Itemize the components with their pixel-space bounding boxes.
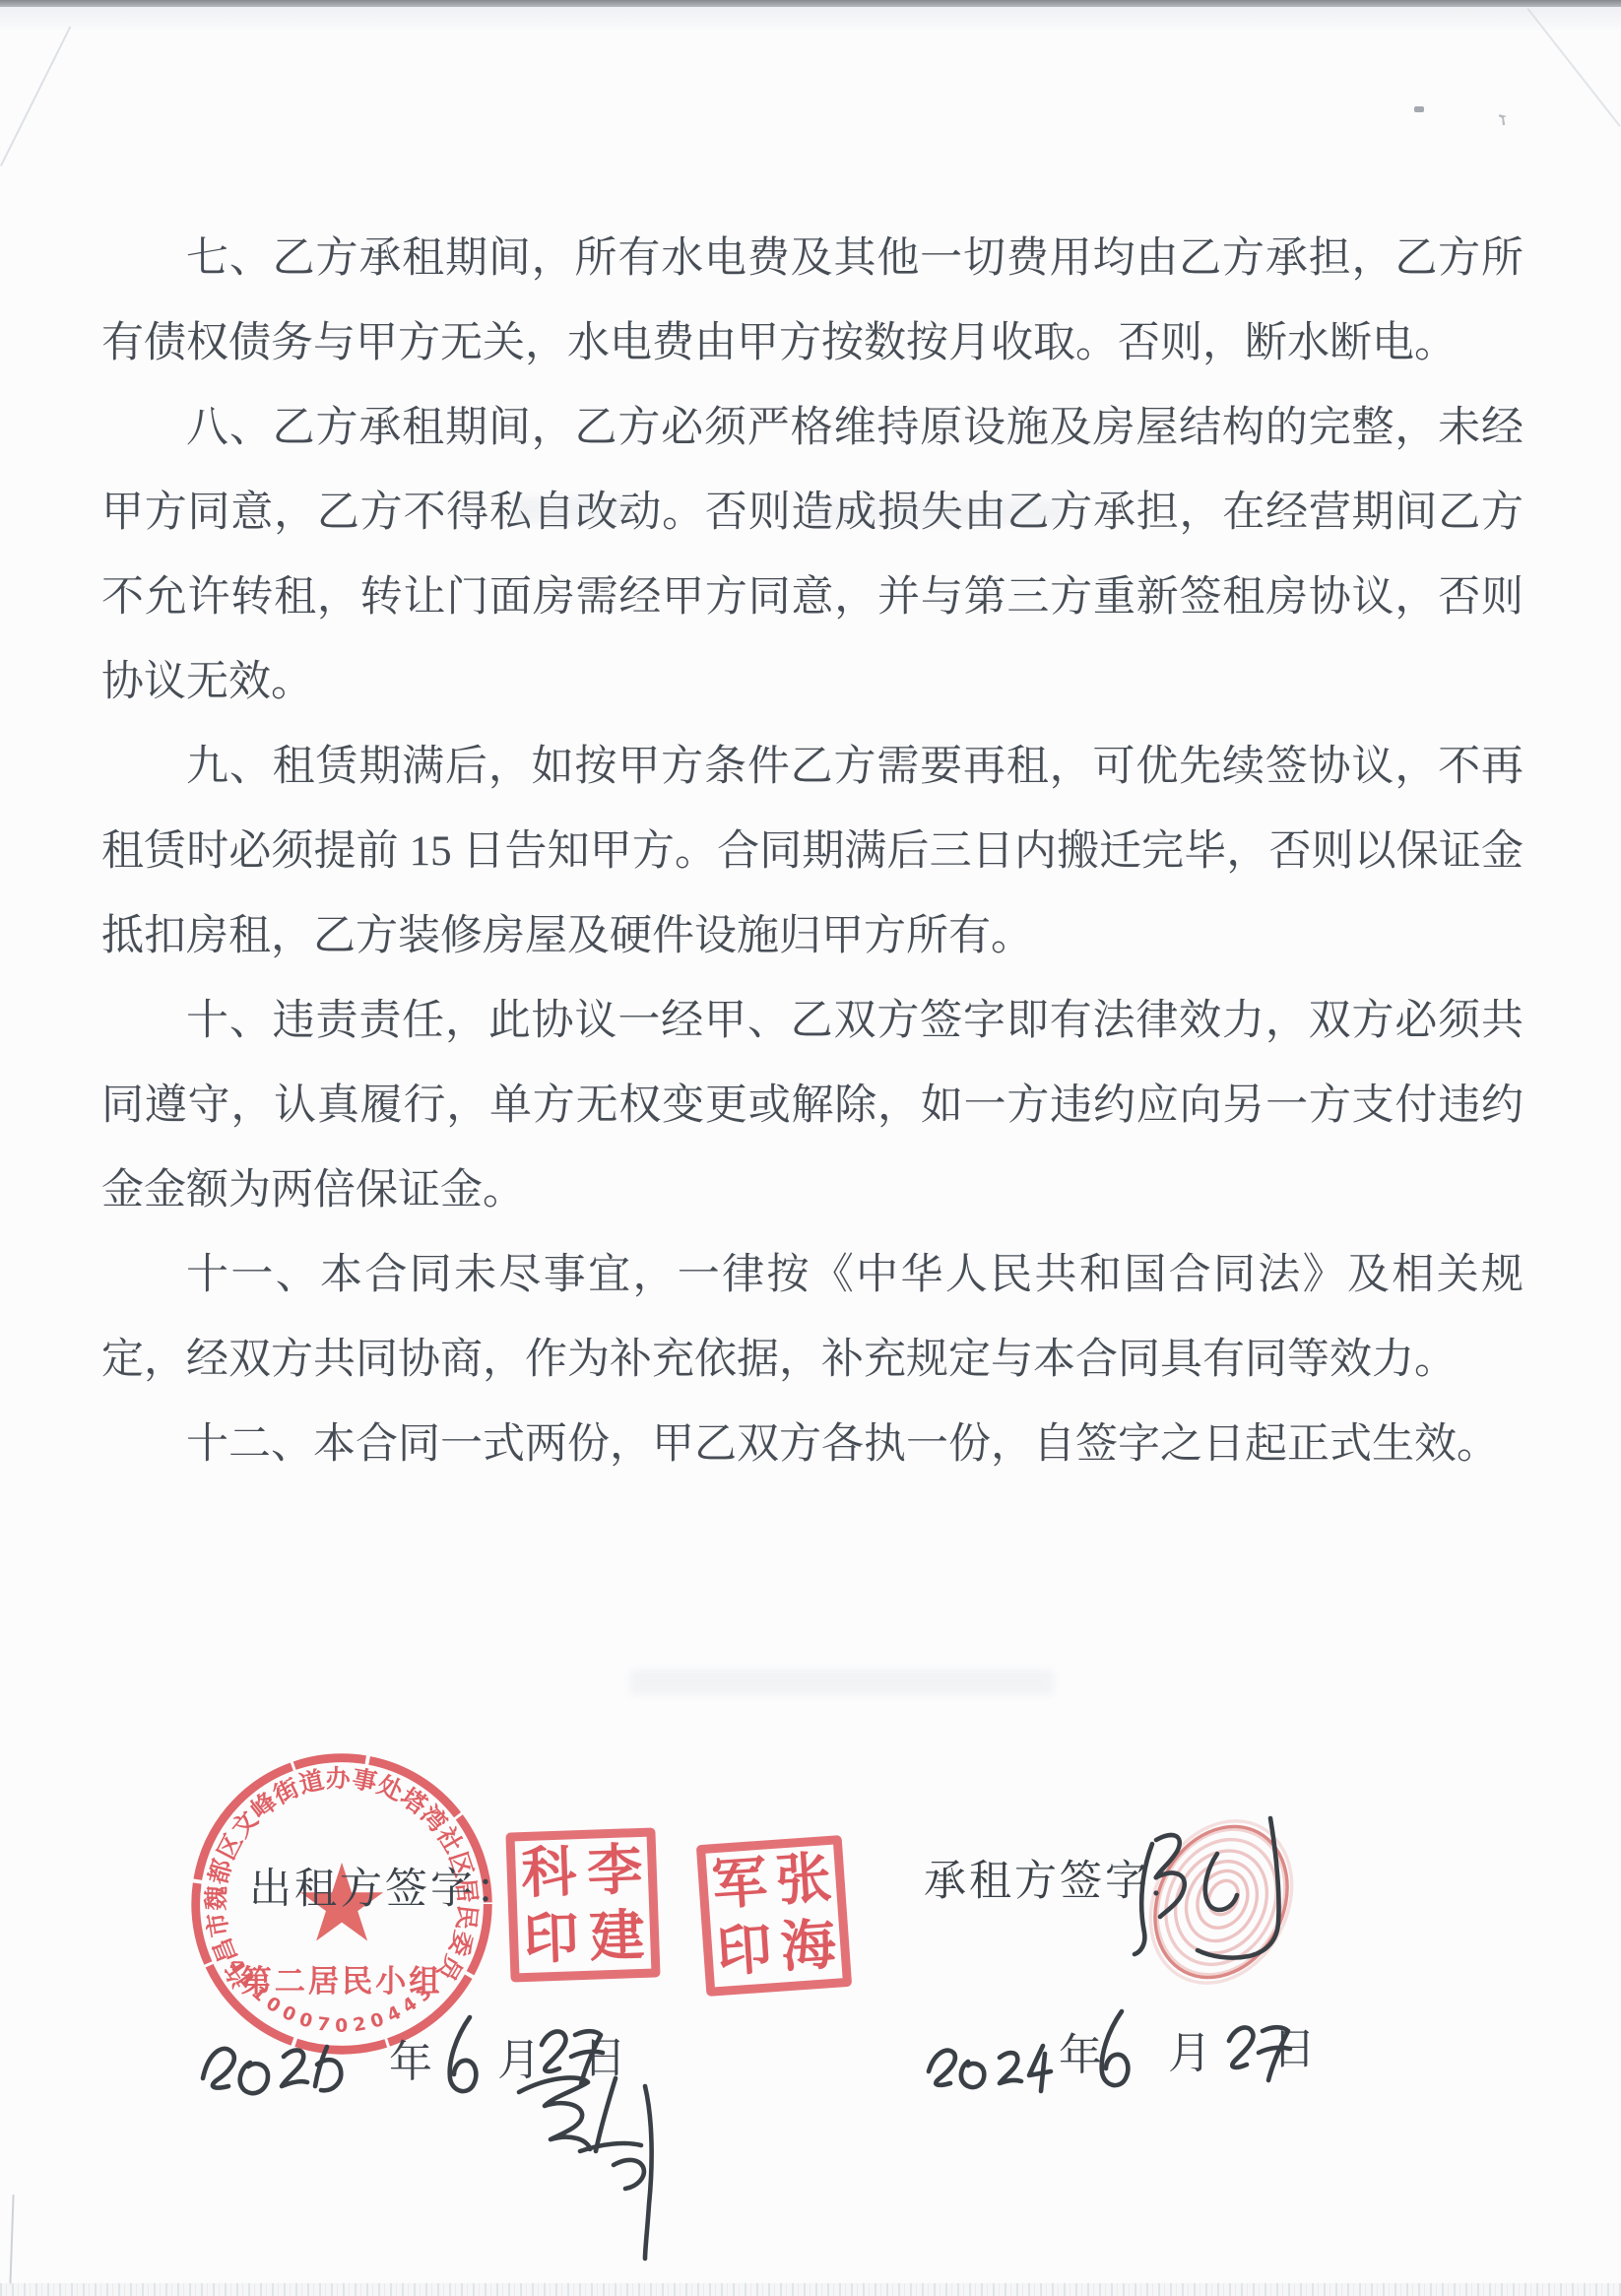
lessor-date-year-unit: 年 (389, 2026, 432, 2089)
lessee-month-handwriting (1092, 2003, 1136, 2097)
seal-char: 印 (517, 1905, 585, 1973)
seal-char: 科 (515, 1839, 583, 1907)
seal-char: 海 (774, 1911, 843, 1982)
lessee-day-handwriting (1219, 2007, 1303, 2091)
clause-9: 九、租赁期满后，如按甲方条件乙方需要再租，可优先续签协议，不再租赁时必须提前 1… (101, 725, 1524, 979)
clause-8: 八、乙方承租期间，乙方必须严格维持原设施及房屋结构的完整，未经甲方同意，乙方不得… (101, 386, 1524, 725)
lessee-date-month-unit: 月 (1168, 2017, 1211, 2080)
seal-char: 李 (581, 1837, 649, 1905)
scanned-contract-page: { "doc": { "paragraphs": [ "七、乙方承租期间，所有水… (0, 0, 1621, 2296)
ink-ghost-mark (630, 1670, 1054, 1695)
lessee-signature-handwriting (1123, 1806, 1329, 1984)
contract-body: 七、乙方承租期间，所有水电费及其他一切费用均由乙方承担，乙方所有债权债务与甲方无… (101, 217, 1524, 1487)
page-corner-crease-left (0, 27, 71, 166)
scanner-bottom-edge (0, 2283, 1621, 2296)
scanner-top-edge (0, 0, 1621, 7)
lessor-signature-handwriting (497, 2057, 694, 2263)
clause-7: 七、乙方承租期间，所有水电费及其他一切费用均由乙方承担，乙方所有债权债务与甲方无… (101, 217, 1524, 386)
scan-speck (1499, 114, 1507, 125)
lessor-month-handwriting (440, 2009, 485, 2103)
lessee-year-handwriting (921, 2024, 1054, 2098)
clause-11: 十一、本合同未尽事宜，一律按《中华人民共和国合同法》及相关规定，经双方共同协商，… (101, 1233, 1524, 1403)
seal-char: 印 (710, 1916, 779, 1987)
clause-12: 十二、本合同一式两份，甲乙双方各执一份，自签字之日起正式生效。 (101, 1403, 1524, 1487)
page-edge-crease-bottom-left (9, 2195, 14, 2285)
seal-zhang-haijun: 军 张 印 海 (696, 1835, 852, 1997)
seal-char: 张 (769, 1845, 838, 1916)
seal-char: 军 (705, 1849, 774, 1920)
seal-li-jianke: 科 李 印 建 (505, 1827, 660, 1982)
scan-speck (1414, 106, 1424, 112)
scanner-top-shadow (0, 7, 1621, 33)
seal-char: 建 (583, 1903, 651, 1971)
clause-10: 十、违责责任，此协议一经甲、乙双方签字即有法律效力，双方必须共同遵守，认真履行，… (101, 979, 1524, 1233)
lessor-year-handwriting (189, 2017, 366, 2111)
lessor-signature-label: 出租方签字： (249, 1856, 521, 1916)
